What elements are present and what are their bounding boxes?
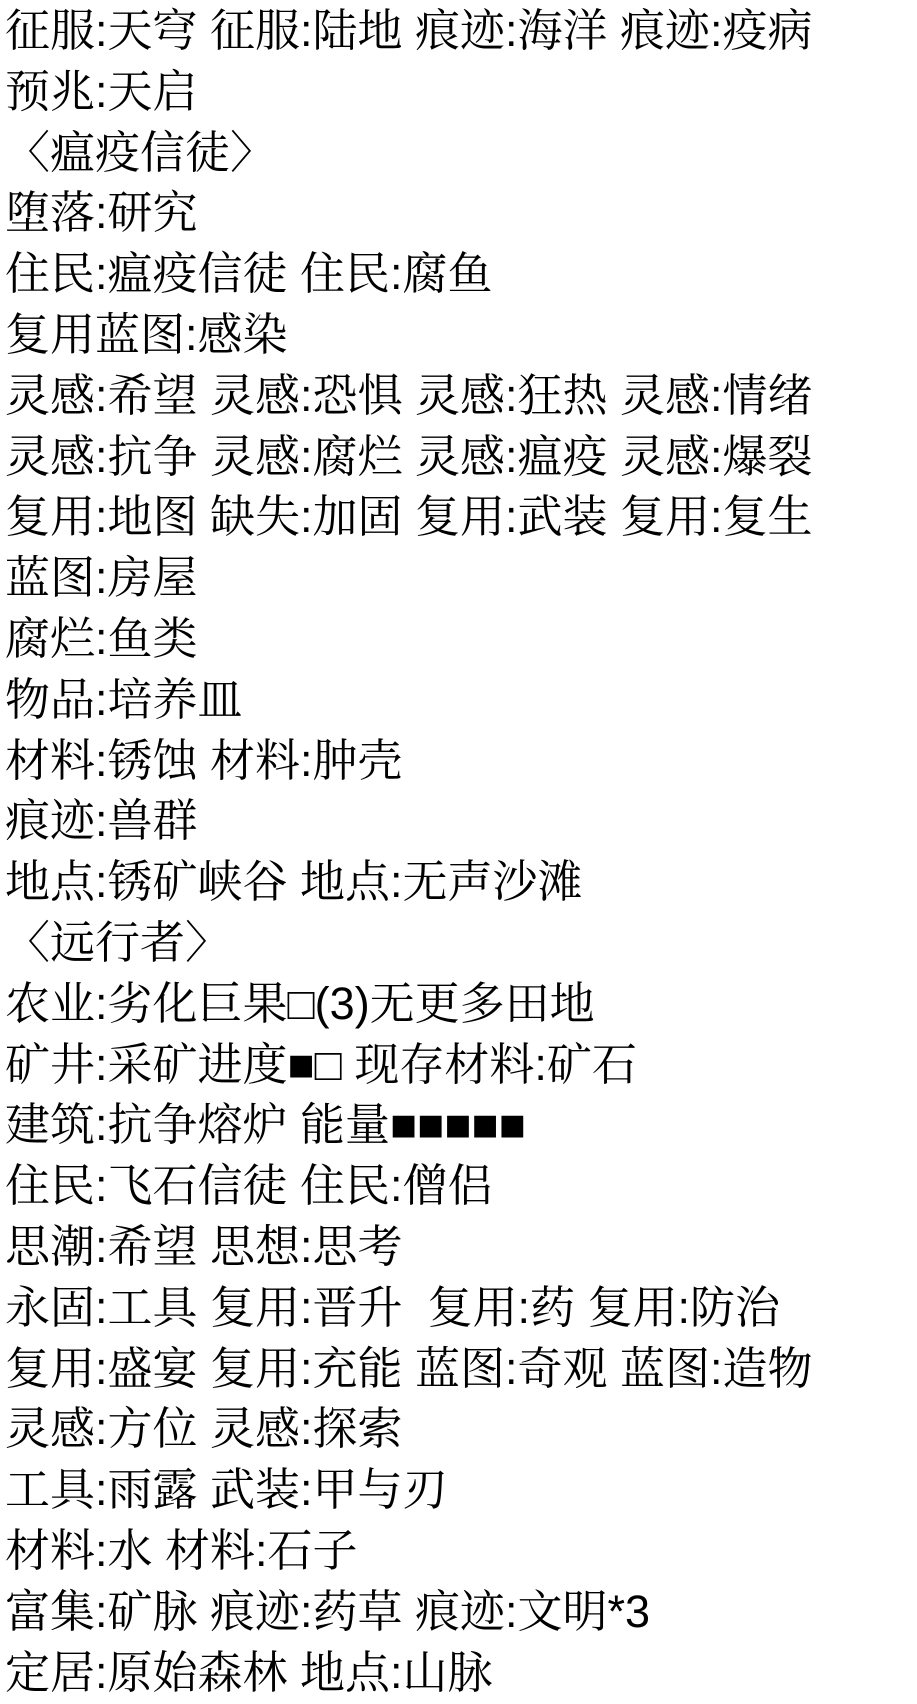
- text-line: 富集:矿脉 痕迹:药草 痕迹:文明*3: [5, 1582, 917, 1643]
- text-line: 农业:劣化巨果□(3)无更多田地: [5, 974, 917, 1035]
- text-line: 思潮:希望 思想:思考: [5, 1217, 917, 1278]
- text-line: 住民:瘟疫信徒 住民:腐鱼: [5, 244, 917, 305]
- text-line: 地点:锈矿峡谷 地点:无声沙滩: [5, 852, 917, 913]
- text-line: 矿井:采矿进度■□ 现存材料:矿石: [5, 1035, 917, 1096]
- text-line: 痕迹:兽群: [5, 791, 917, 852]
- text-line: 工具:雨露 武装:甲与刃: [5, 1460, 917, 1521]
- text-line: 材料:水 材料:石子: [5, 1521, 917, 1582]
- text-line: 材料:锈蚀 材料:肿壳: [5, 731, 917, 792]
- text-line: 灵感:抗争 灵感:腐烂 灵感:瘟疫 灵感:爆裂: [5, 427, 917, 488]
- section-header: 〈瘟疫信徒〉: [5, 123, 917, 184]
- text-line: 腐烂:鱼类: [5, 609, 917, 670]
- text-line: 复用:地图 缺失:加固 复用:武装 复用:复生: [5, 487, 917, 548]
- text-line: 灵感:希望 灵感:恐惧 灵感:狂热 灵感:情绪: [5, 366, 917, 427]
- text-line: 预兆:天启: [5, 62, 917, 123]
- text-line: 复用:盛宴 复用:充能 蓝图:奇观 蓝图:造物: [5, 1339, 917, 1400]
- text-line: 住民:飞石信徒 住民:僧侣: [5, 1156, 917, 1217]
- document-page: 征服:天穹 征服:陆地 痕迹:海洋 痕迹:疫病 预兆:天启 〈瘟疫信徒〉 堕落:…: [0, 0, 917, 1704]
- text-line: 永固:工具 复用:晋升 复用:药 复用:防治: [5, 1278, 917, 1339]
- text-line: 物品:培养皿: [5, 670, 917, 731]
- text-line: 蓝图:房屋: [5, 548, 917, 609]
- text-line: 复用蓝图:感染: [5, 305, 917, 366]
- text-line: 征服:天穹 征服:陆地 痕迹:海洋 痕迹:疫病: [5, 1, 917, 62]
- section-header: 〈远行者〉: [5, 913, 917, 974]
- text-line: 灵感:方位 灵感:探索: [5, 1399, 917, 1460]
- text-line: 建筑:抗争熔炉 能量■■■■■: [5, 1095, 917, 1156]
- text-line: 定居:原始森林 地点:山脉: [5, 1643, 917, 1704]
- text-line: 堕落:研究: [5, 183, 917, 244]
